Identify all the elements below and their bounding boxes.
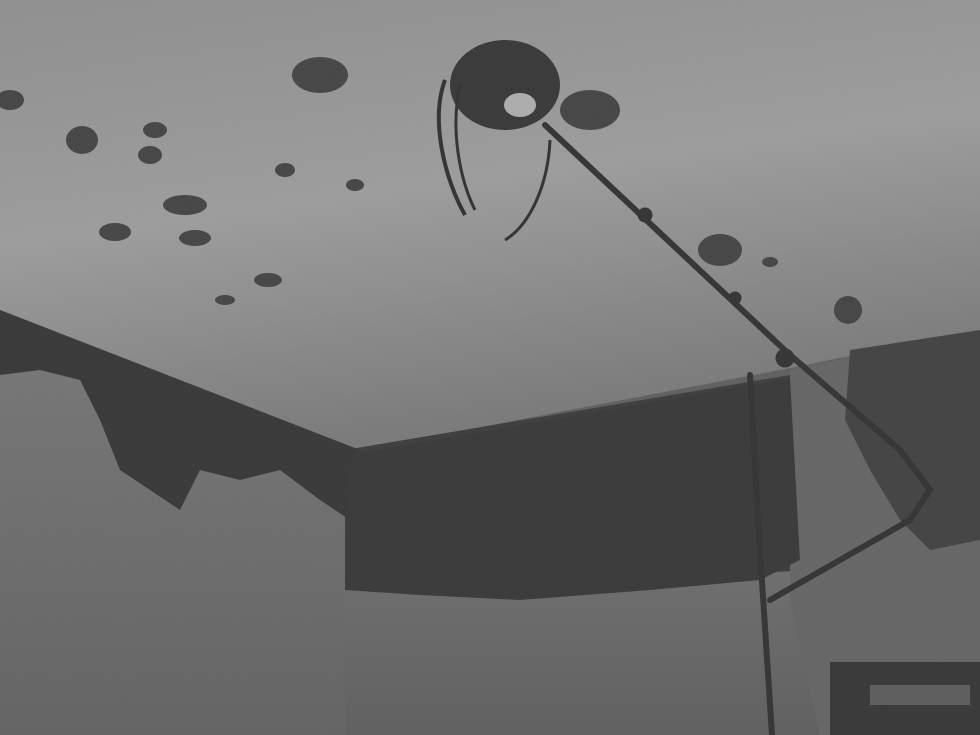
bunker-photo	[0, 0, 980, 735]
photo-canvas	[0, 0, 980, 735]
